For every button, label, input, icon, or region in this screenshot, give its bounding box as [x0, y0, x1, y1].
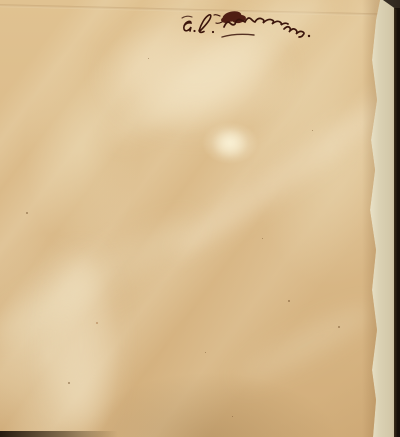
scanned-album-page-photo: a. L. Waterman.	[0, 0, 400, 437]
signature-ink-drawing	[178, 4, 316, 46]
book-edge-shadow	[394, 8, 400, 437]
handwritten-signature: a. L. Waterman.	[178, 4, 316, 46]
bottom-left-shadow	[0, 431, 118, 437]
aged-paper-page: a. L. Waterman.	[0, 0, 382, 437]
photo-vignette	[0, 0, 382, 437]
